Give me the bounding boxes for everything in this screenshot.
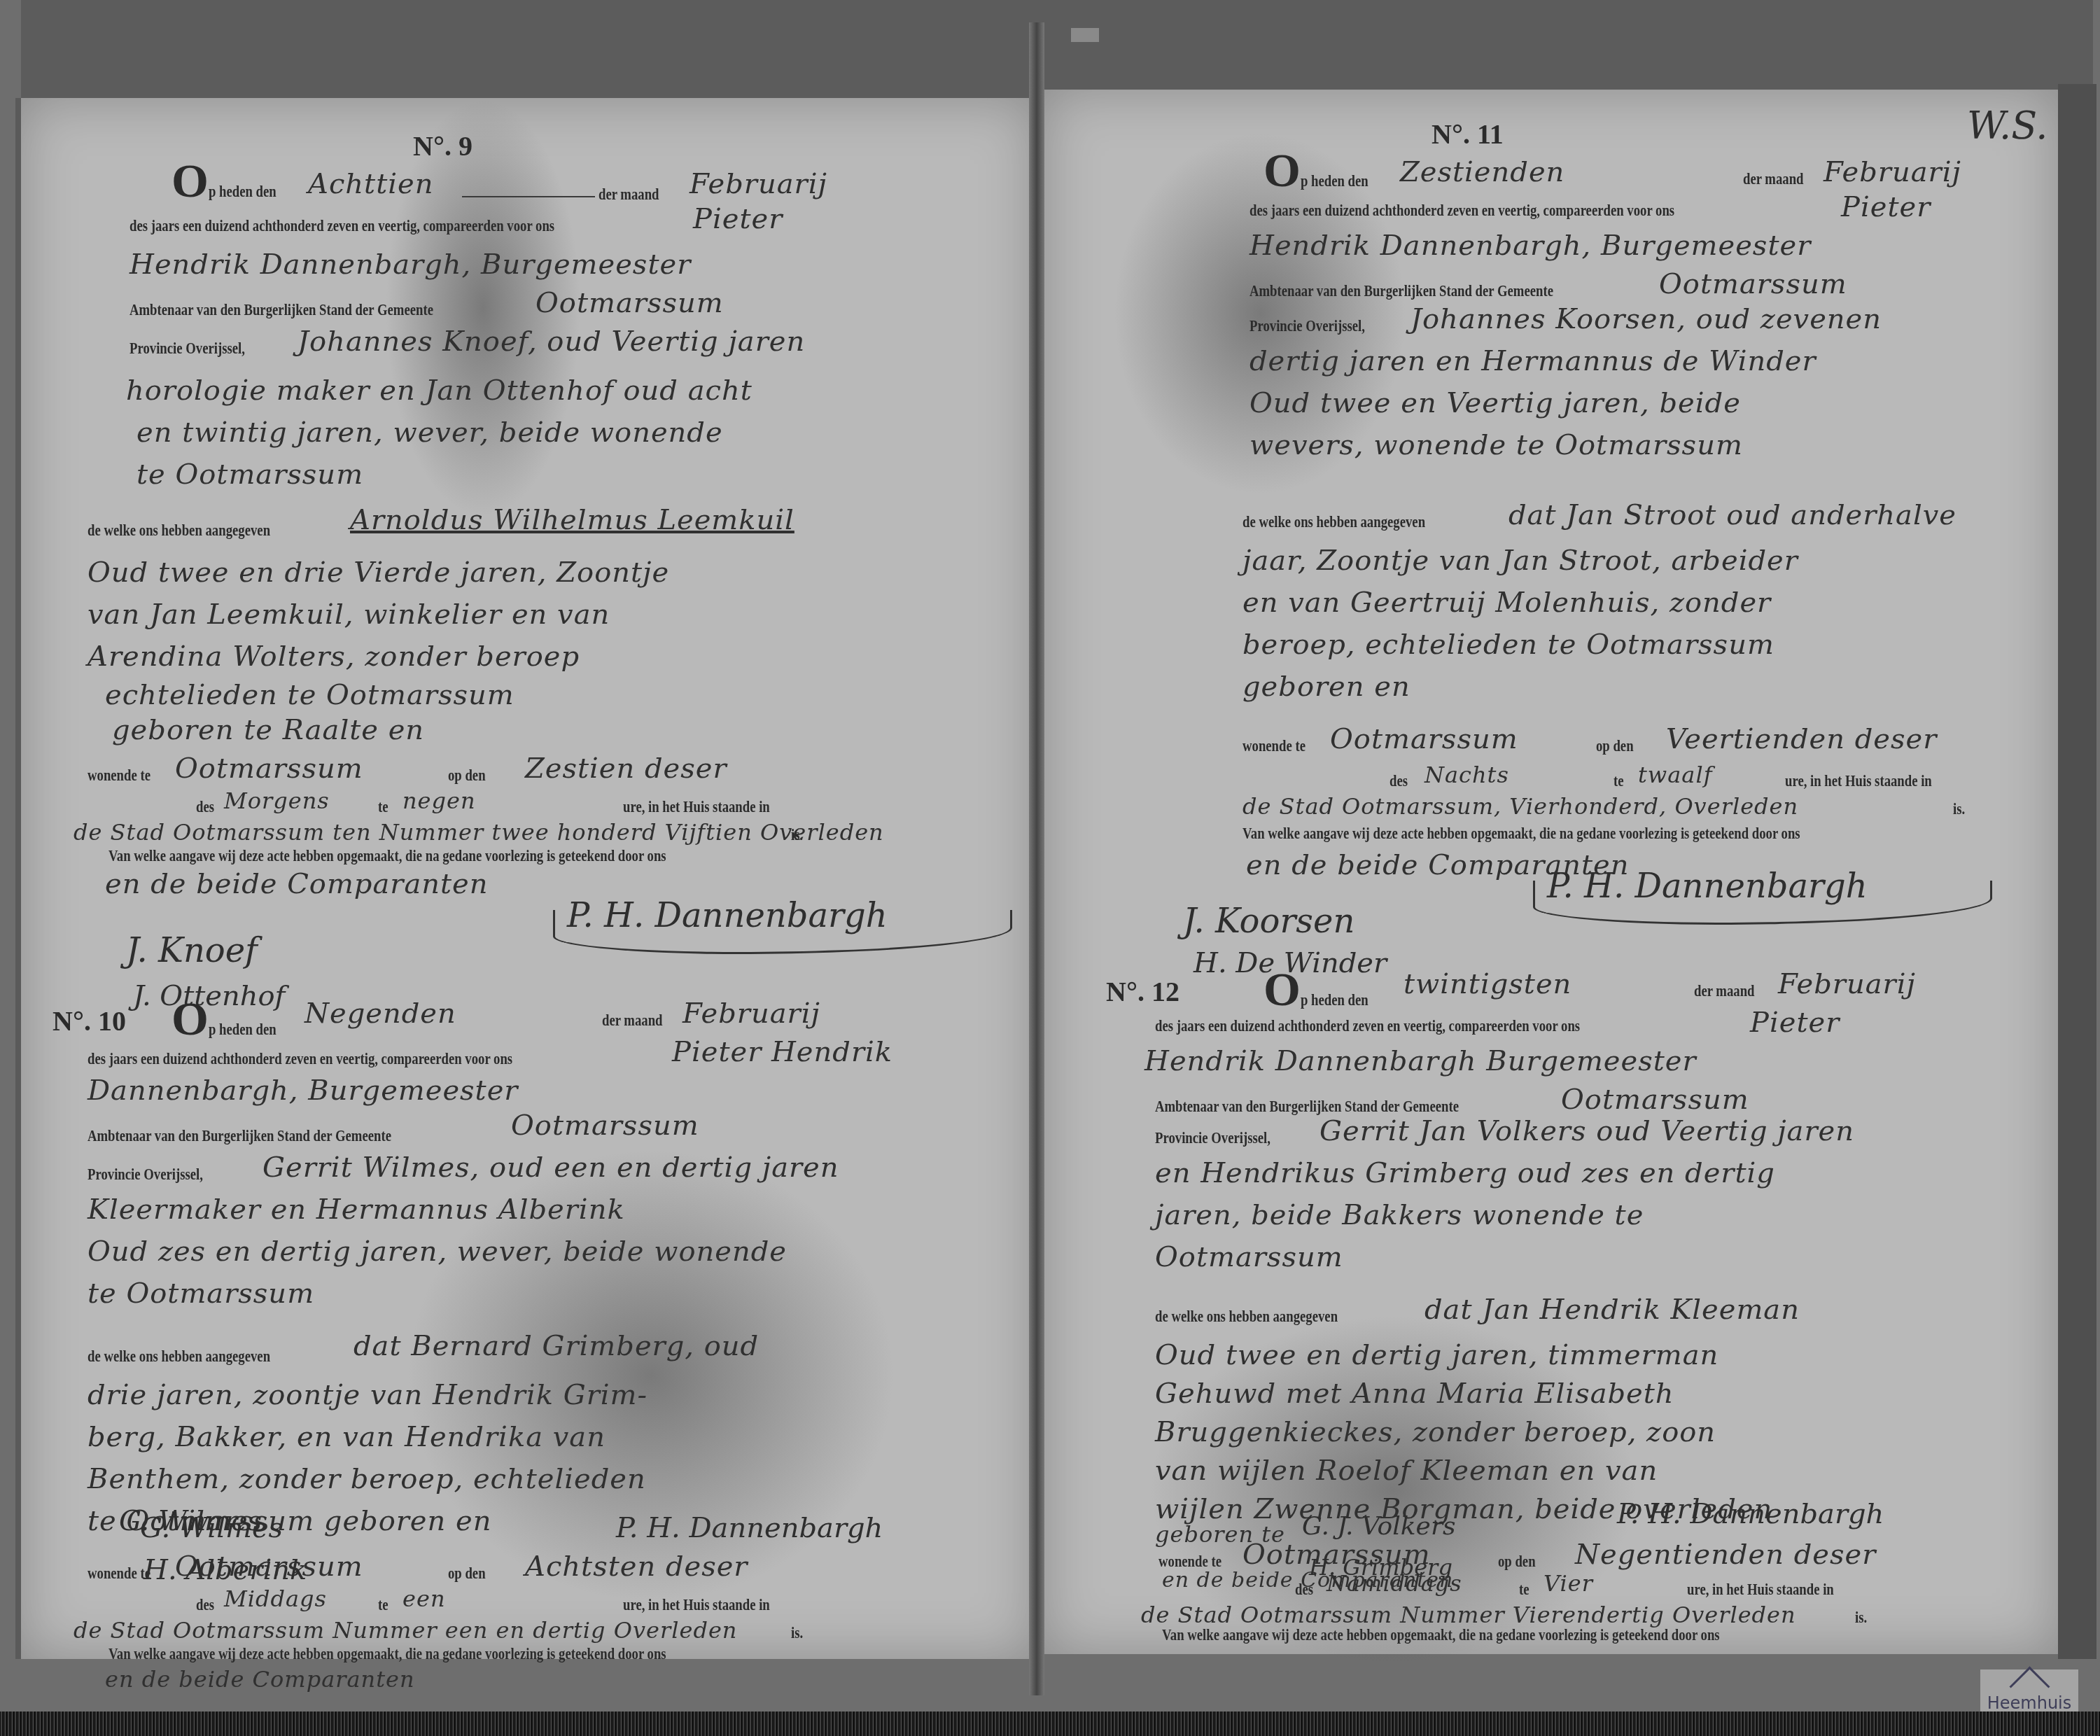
witness-line: te Ootmarssum [136,458,363,491]
official-name: Pieter [693,203,783,235]
month-field: Februarij [689,168,827,200]
witness-line: Johannes Knoef, oud Veertig jaren [297,325,805,358]
death-date-field: Negentienden deser [1575,1539,1876,1571]
witness-line: Ootmarssum [1155,1241,1343,1273]
official-name: Dannenbargh, Burgemeester [87,1074,518,1107]
death-date-field: Veertienden deser [1666,723,1937,755]
printed-text: is. [791,1624,803,1643]
printed-text: Ambtenaar van den Burgerlijken Stand der… [1155,1098,1459,1116]
printed-text: de welke ons hebben aangegeven [1155,1308,1338,1326]
official-name: Hendrik Dannenbargh Burgemeester [1144,1045,1697,1077]
witness-line: Johannes Koorsen, oud zevenen [1410,303,1882,335]
printed-text: der maand [1694,982,1755,1001]
detail-line: drie jaren, zoontje van Hendrik Grim- [87,1379,647,1411]
printed-text: des jaars een duizend achthonderd zeven … [129,217,554,236]
printed-text: te [378,1596,388,1615]
signature-official: P. H. Dannenbargh [1617,1498,1884,1530]
detail-line: Benthem, zonder beroep, echtelieden [87,1463,646,1495]
hour-field: Vier [1543,1570,1593,1597]
printed-text: te [1519,1581,1529,1599]
municipality-field: Ootmarssum [535,287,724,319]
signature-witness: H. Alberink [143,1554,307,1586]
official-name: Hendrik Dannenbargh, Burgemeester [129,248,691,281]
day-field: Achttien [308,168,433,200]
signature-witness: G. Wilmes [140,1512,283,1544]
house-location-field: de Stad Ootmarssum Nummer Vierendertig O… [1141,1602,1796,1628]
detail-line: jaar, Zoontje van Jan Stroot, arbeider [1242,545,1798,577]
detail-line: geboren en [1242,671,1410,703]
detail-line: berg, Bakker, en van Hendrika van [87,1421,605,1453]
witness-line: en twintig jaren, wever, beide wonende [136,416,723,449]
witness-line: en Hendrikus Grimberg oud zes en dertig [1155,1157,1775,1189]
detail-line: Gehuwd met Anna Maria Elisabeth [1155,1378,1674,1410]
printed-text: de welke ons hebben aangegeven [87,521,270,540]
printed-text: ure, in het Huis staande in [1687,1581,1834,1599]
detail-line: geboren te Raalte en [112,714,424,746]
residence-field: Ootmarssum [1330,723,1518,755]
printed-text: p heden den [1301,991,1368,1010]
day-field: twintigsten [1403,968,1571,1000]
printed-text: de welke ons hebben aangegeven [87,1347,270,1366]
printed-text: op den [1596,737,1634,756]
book-gutter [1029,22,1044,1695]
witness-line: Oud zes en dertig jaren, wever, beide wo… [87,1235,787,1268]
official-name: Pieter Hendrik [672,1036,892,1068]
month-field: Februarij [1778,968,1916,1000]
printed-text: Provincie Overijssel, [1249,317,1365,336]
entry-9: N°. 9 Op heden den Achttien der maand Fe… [21,98,1036,868]
printed-text: de welke ons hebben aangegeven [1242,513,1425,532]
printed-text: is. [1855,1609,1867,1627]
printed-text: Van welke aangave wij deze acte hebben o… [1242,825,1800,843]
drop-cap: O [171,154,209,207]
closing-handwritten: en de beide Comparanten [105,1666,415,1693]
house-location-field: de Stad Ootmarssum Nummer een en dertig … [73,1617,737,1644]
deceased-name: dat Bernard Grimberg, oud [353,1330,759,1362]
entry-number: N°. 10 [52,1004,126,1037]
detail-line: van wijlen Roelof Kleeman en van [1155,1455,1658,1487]
printed-text: des jaars een duizend achthonderd zeven … [1249,202,1674,220]
left-page: N°. 9 Op heden den Achttien der maand Fe… [15,98,1036,1659]
printed-text: wonende te [87,766,150,785]
month-field: Februarij [682,997,820,1030]
entry-11: N°. 11 Op heden den Zestienden der maand… [1043,90,2058,860]
printed-text: op den [448,1564,486,1583]
death-date-field: Achtsten deser [525,1550,748,1583]
printed-text: des [196,1596,214,1615]
day-field: Zestienden [1400,156,1564,188]
drop-cap: O [1263,962,1301,1016]
scan-background: N°. 9 Op heden den Achttien der maand Fe… [0,0,2100,1736]
printed-text: Van welke aangave wij deze acte hebben o… [108,847,666,866]
witness-line: Gerrit Wilmes, oud een en dertig jaren [262,1151,839,1184]
printed-text: ure, in het Huis staande in [623,1596,770,1615]
time-of-day-field: Middags [224,1585,327,1612]
municipality-field: Ootmarssum [1659,268,1847,300]
printed-text: is. [791,826,803,845]
printed-text: op den [448,766,486,785]
printed-text: Provincie Overijssel, [1155,1129,1270,1148]
detail-line: Arendina Wolters, zonder beroep [87,640,580,673]
detail-line: Oud twee en drie Vierde jaren, Zoontje [87,556,669,589]
residence-field: Ootmarssum [175,752,363,785]
witness-line: jaren, beide Bakkers wonende te [1155,1199,1644,1231]
printed-text: der maand [602,1011,663,1030]
witness-line: horologie maker en Jan Ottenhof oud acht [126,374,752,407]
municipality-field: Ootmarssum [511,1109,699,1142]
witness-line: te Ootmarssum [87,1277,314,1310]
detail-line: van Jan Leemkuil, winkelier en van [87,598,610,631]
official-name: Pieter [1841,191,1931,223]
printed-text: Ambtenaar van den Burgerlijken Stand der… [1249,282,1553,301]
printed-text: p heden den [209,183,276,202]
watermark-name: Heemhuis [1980,1693,2078,1713]
time-of-day-field: Nachts [1424,762,1509,788]
printed-text: der maand [1743,170,1804,189]
deceased-name: dat Jan Hendrik Kleeman [1424,1294,1800,1326]
entry-number: N°. 9 [413,129,472,162]
death-date-field: Zestien deser [525,752,727,785]
printed-text: ure, in het Huis staande in [623,798,770,817]
deceased-name: dat Jan Stroot oud anderhalve [1508,499,1956,531]
official-name: Hendrik Dannenbargh, Burgemeester [1249,230,1811,262]
printed-text: op den [1498,1553,1536,1571]
time-of-day-field: Morgens [224,787,330,814]
printed-text: wonende te [87,1564,150,1583]
binder-tab [1071,28,1099,42]
printed-text: Provincie Overijssel, [87,1165,203,1184]
entry-12: N°. 12 Op heden den twintigsten der maan… [1043,888,2058,1658]
printed-text: der maand [598,185,659,204]
printed-text: te [378,798,388,817]
detail-line: beroep, echtelieden te Ootmarssum [1242,629,1774,661]
right-page: W.S. N°. 11 Op heden den Zestienden der … [1043,90,2058,1654]
printed-text: wonende te [1242,737,1305,756]
municipality-field: Ootmarssum [1561,1084,1749,1116]
hour-field: twaalf [1638,762,1712,788]
month-field: Februarij [1823,156,1961,188]
detail-line: echtelieden te Ootmarssum [105,679,514,711]
drop-cap: O [1263,143,1301,197]
printed-text: des jaars een duizend achthonderd zeven … [1155,1017,1580,1036]
deceased-name: Arnoldus Wilhelmus Leemkuil [350,504,794,536]
hour-field: een [402,1585,445,1612]
detail-line: en van Geertruij Molenhuis, zonder [1242,587,1771,619]
drop-cap: O [171,992,209,1045]
scanner-top-band [21,0,2093,98]
signature-witness: G. J. Volkers [1302,1512,1456,1541]
printed-text: Ambtenaar van den Burgerlijken Stand der… [87,1127,391,1146]
printed-text: te [1613,772,1624,791]
entry-10: N°. 10 Op heden den Negenden der maand F… [21,896,1036,1666]
signature-official: P. H. Dannenbargh [616,1512,883,1544]
scanner-right-edge [2058,84,2096,1659]
printed-text: des [1389,772,1408,791]
hour-field: negen [402,787,476,814]
witness-line: wevers, wonende te Ootmarssum [1249,429,1743,461]
printed-text: Provincie Overijssel, [129,339,245,358]
witness-line: Oud twee en Veertig jaren, beide [1249,387,1741,419]
printed-text: des [196,798,214,817]
printed-text: Van welke aangave wij deze acte hebben o… [1162,1626,1720,1645]
house-location-field: de Stad Ootmarssum ten Nummer twee honde… [73,819,884,846]
witness-line: Gerrit Jan Volkers oud Veertig jaren [1319,1115,1854,1147]
official-name: Pieter [1750,1007,1840,1039]
printed-text: is. [1953,800,1965,819]
printed-text: Van welke aangave wij deze acte hebben o… [108,1645,666,1664]
scan-artifact-strip [0,1711,2100,1736]
printed-text: ure, in het Huis staande in [1785,772,1932,791]
printed-text: p heden den [1301,172,1368,191]
detail-line: Bruggenkieckes, zonder beroep, zoon [1155,1416,1716,1448]
printed-text: des jaars een duizend achthonderd zeven … [87,1050,512,1069]
closing-handwritten: en de beide Comparanten [1162,1568,1453,1592]
printed-text: Ambtenaar van den Burgerlijken Stand der… [129,301,433,320]
day-field: Negenden [304,997,456,1030]
printed-text: p heden den [209,1021,276,1039]
house-location-field: de Stad Ootmarssum, Vierhonderd, Overled… [1242,793,1798,820]
witness-line: Kleermaker en Hermannus Alberink [87,1193,625,1226]
entry-number: N°. 11 [1431,118,1504,150]
witness-line: dertig jaren en Hermannus de Winder [1249,345,1816,377]
entry-number: N°. 12 [1106,975,1179,1008]
detail-line: Oud twee en dertig jaren, timmerman [1155,1339,1718,1371]
